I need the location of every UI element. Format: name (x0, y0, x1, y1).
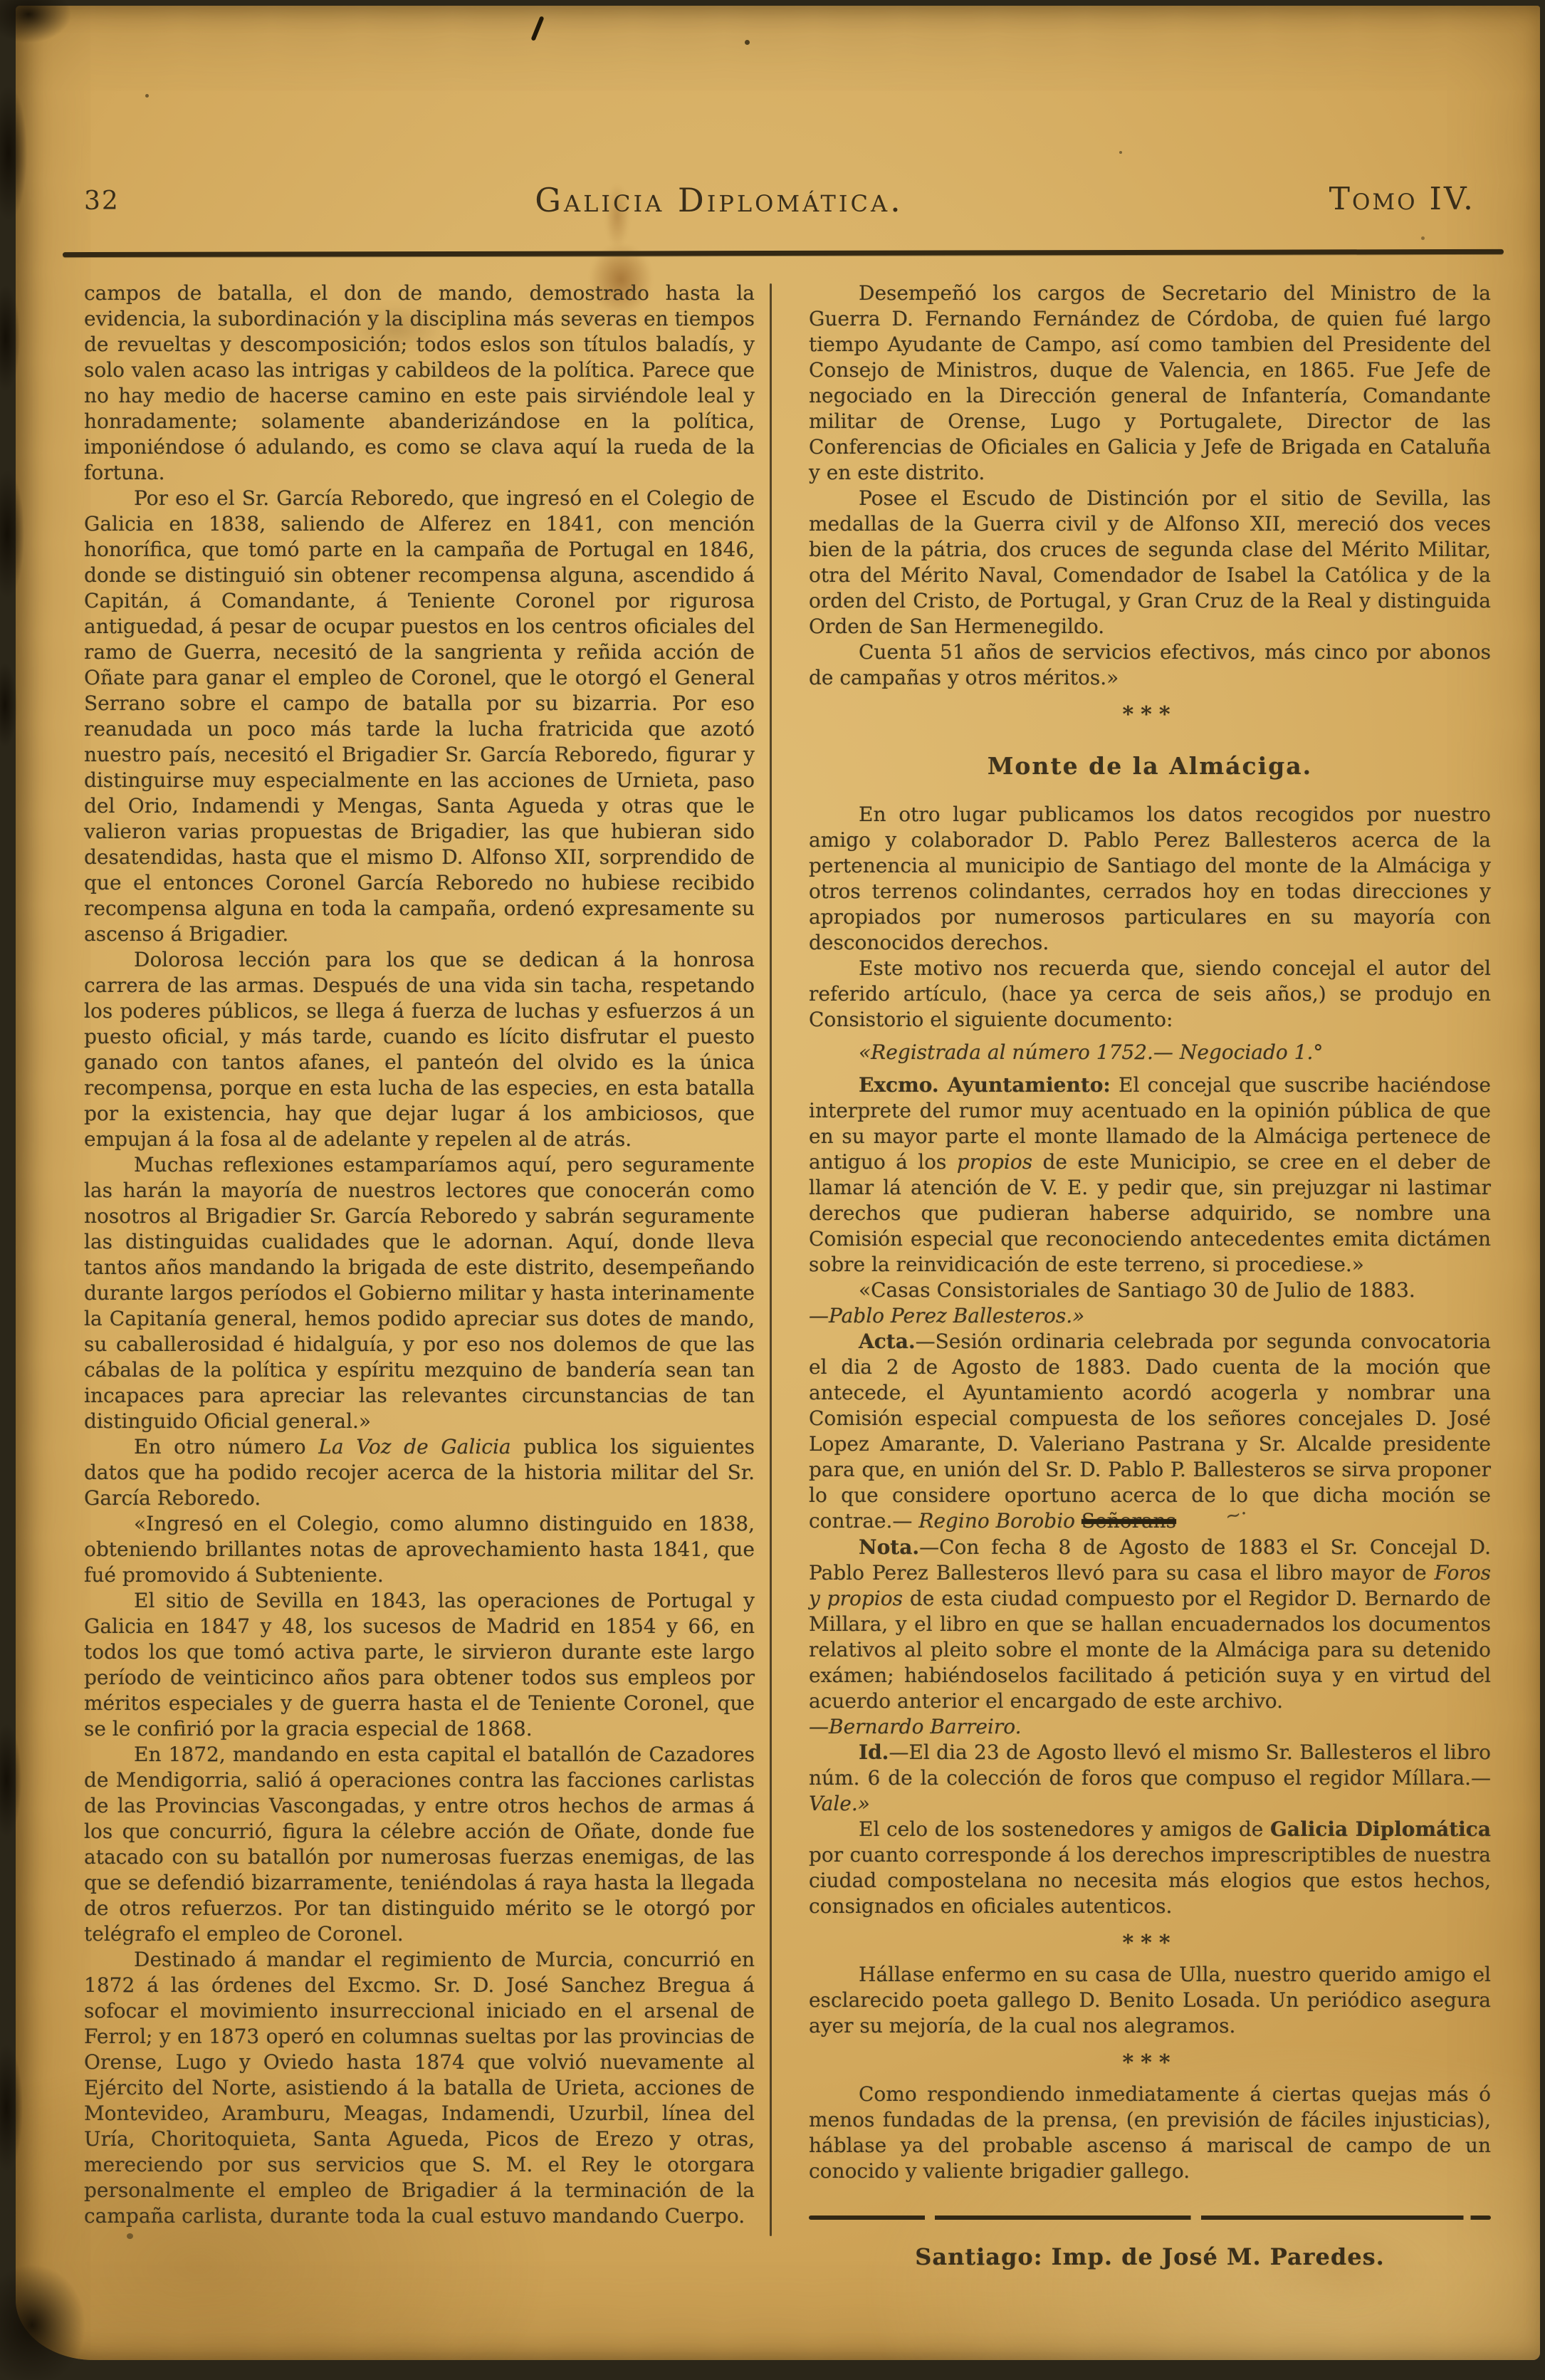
acta-paragraph: Acta.—Sesión ordinaria celebrada por seg… (809, 1329, 1491, 1535)
body-paragraph: Destinado á mandar el regimiento de Murc… (84, 1947, 755, 2229)
text-segment: Nota. (859, 1535, 919, 1559)
scanned-page: 32 Galicia Diplomática. Tomo IV. campos … (0, 0, 1545, 2380)
text-segment: La Voz de Galicia (318, 1435, 510, 1458)
text-segment: Vale.» (809, 1792, 870, 1815)
body-paragraph: Desempeñó los cargos de Secretario del M… (809, 281, 1491, 486)
text-segment: Excmo. Ayuntamiento: (859, 1073, 1111, 1097)
text-segment: El sitio de Sevilla en 1843, las operaci… (84, 1589, 755, 1740)
body-paragraph: El sitio de Sevilla en 1843, las operaci… (84, 1588, 755, 1742)
text-segment: campos de batalla, el don de mando, demo… (84, 281, 755, 484)
right-column-text: Desempeñó los cargos de Secretario del M… (809, 281, 1491, 2184)
text-segment: Id. (859, 1740, 889, 1764)
imprint-line: Santiago: Imp. de José M. Paredes. (809, 2244, 1491, 2270)
body-paragraph: En 1872, mandando en esta capital el bat… (84, 1742, 755, 1947)
left-column: campos de batalla, el don de mando, demo… (84, 281, 755, 2229)
body-paragraph: Cuenta 51 años de servicios efectivos, m… (809, 640, 1491, 691)
asterisk-separator: *** (809, 702, 1491, 728)
text-segment: —Pablo Perez Ballesteros.» (809, 1304, 1084, 1327)
body-paragraph: Posee el Escudo de Distinción por el sit… (809, 486, 1491, 640)
body-paragraph: Muchas reflexiones estamparíamos aquí, p… (84, 1152, 755, 1434)
body-paragraph: Este motivo nos recuerda que, siendo con… (809, 956, 1491, 1033)
text-segment: Desempeñó los cargos de Secretario del M… (809, 281, 1491, 484)
text-segment: El celo de los sostenedores y amigos de (859, 1817, 1270, 1841)
text-segment: «Registrada al número 1752.— Negociado 1… (859, 1040, 1323, 1064)
text-segment: por cuanto corresponde á los derechos im… (809, 1843, 1491, 1918)
text-segment: de esta ciudad compuesto por el Regidor … (809, 1587, 1491, 1713)
text-segment: «Casas Consistoriales de Santiago 30 de … (859, 1278, 1415, 1302)
text-segment: En 1872, mandando en esta capital el bat… (84, 1743, 755, 1946)
continuation-paragraph: campos de batalla, el don de mando, demo… (84, 281, 755, 486)
text-segment: Galicia Diplomática (1270, 1817, 1491, 1841)
text-segment: Cuenta 51 años de servicios efectivos, m… (809, 640, 1491, 689)
text-segment: —Sesión ordinaria celebrada por segunda … (809, 1330, 1491, 1533)
text-segment: *** (1122, 702, 1177, 727)
text-segment: Destinado á mandar el regimiento de Murc… (84, 1948, 755, 2228)
right-column: Desempeñó los cargos de Secretario del M… (809, 281, 1491, 2270)
registry-line: «Registrada al número 1752.— Negociado 1… (809, 1040, 1491, 1065)
article-heading: Monte de la Almáciga. (809, 753, 1491, 779)
struck-word: Señorans (1081, 1509, 1176, 1533)
text-segment: «Ingresó en el Colegio, como alumno dist… (84, 1512, 755, 1587)
text-segment: Regino Borobio (918, 1509, 1081, 1533)
footer-rule (809, 2215, 1491, 2220)
id-paragraph: Id.—El dia 23 de Agosto llevó el mismo S… (809, 1740, 1491, 1817)
text-segment: —Bernardo Barreiro. (809, 1715, 1022, 1738)
volume-label: Tomo IV. (1329, 181, 1475, 217)
body-paragraph: En otro lugar publicamos los datos recog… (809, 802, 1491, 956)
text-segment: Monte de la Almáciga. (988, 752, 1312, 780)
body-paragraph: Dolorosa lección para los que se dedican… (84, 947, 755, 1152)
column-divider-rule (770, 283, 772, 2236)
text-segment: Muchas reflexiones estamparíamos aquí, p… (84, 1153, 755, 1433)
asterisk-separator: *** (809, 1931, 1491, 1956)
body-paragraph: En otro número La Voz de Galicia publica… (84, 1434, 755, 1511)
text-segment: *** (1122, 1931, 1177, 1956)
body-paragraph: «Ingresó en el Colegio, como alumno dist… (84, 1511, 755, 1588)
body-paragraph: «Casas Consistoriales de Santiago 30 de … (809, 1278, 1491, 1329)
nota-paragraph: Nota.—Con fecha 8 de Agosto de 1883 el S… (809, 1535, 1491, 1740)
text-segment: En otro lugar publicamos los datos recog… (809, 803, 1491, 954)
text-segment: —El dia 23 de Agosto llevó el mismo Sr. … (809, 1740, 1491, 1790)
body-paragraph: Excmo. Ayuntamiento: El concejal que sus… (809, 1072, 1491, 1278)
text-segment: *** (1122, 2050, 1177, 2075)
body-paragraph: El celo de los sostenedores y amigos de … (809, 1817, 1491, 1919)
body-paragraph: Por eso el Sr. García Reboredo, que ingr… (84, 486, 755, 947)
text-segment: propios (957, 1150, 1032, 1174)
text-segment: Este motivo nos recuerda que, siendo con… (809, 956, 1491, 1031)
body-paragraph: Como respondiendo inmediatamente á ciert… (809, 2082, 1491, 2184)
text-segment: Como respondiendo inmediatamente á ciert… (809, 2082, 1491, 2183)
text-segment: Acta. (859, 1330, 916, 1353)
text-segment: En otro número (134, 1435, 318, 1458)
publication-title: Galicia Diplomática. (0, 181, 1438, 219)
text-segment: Dolorosa lección para los que se dedican… (84, 948, 755, 1151)
text-segment: Posee el Escudo de Distinción por el sit… (809, 486, 1491, 638)
text-segment: Hállase enfermo en su casa de Ulla, nues… (809, 1963, 1491, 2037)
text-segment: Por eso el Sr. García Reboredo, que ingr… (84, 486, 755, 946)
asterisk-separator: *** (809, 2050, 1491, 2076)
body-paragraph: Hállase enfermo en su casa de Ulla, nues… (809, 1962, 1491, 2039)
